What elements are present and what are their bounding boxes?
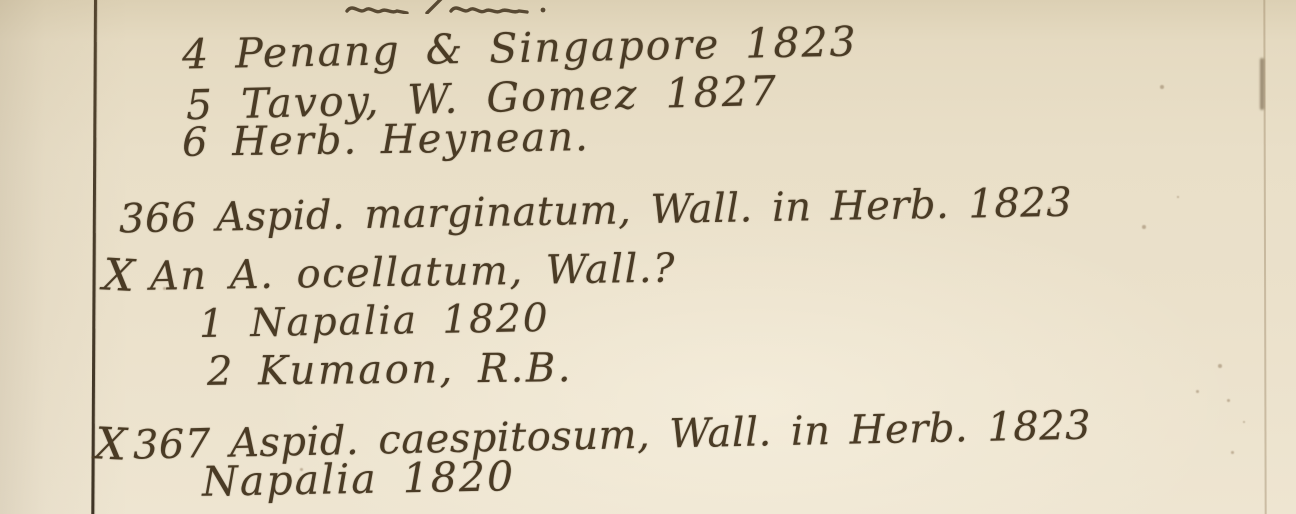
line-text: 1 Napalia 1820 — [199, 296, 550, 347]
catalogue-entry-366: 366 Aspid. marginatum, Wall. in Herb. 18… — [119, 180, 1073, 243]
fox-spot — [1160, 85, 1164, 89]
catalogue-entry-366-locality-2: 2 Kumaon, R.B. — [207, 345, 573, 395]
fox-spot — [1218, 364, 1222, 368]
manuscript-page: 4 Penang & Singapore 1823 5 Tavoy, W. Go… — [0, 0, 1296, 514]
line-text: Napalia 1820 — [202, 452, 516, 505]
fox-spot — [1177, 196, 1179, 198]
line-text: 6 Herb. Heynean. — [182, 114, 590, 166]
illegible-stroke-bottoms — [345, 0, 570, 14]
fox-spot — [1231, 451, 1234, 454]
x-mark: X — [94, 418, 128, 470]
catalogue-line-locality-6: 6 Herb. Heynean. — [182, 114, 590, 166]
fox-spot — [1142, 225, 1146, 229]
line-text: 366 Aspid. marginatum, Wall. in Herb. 18… — [119, 180, 1073, 243]
catalogue-entry-366-locality-1: 1 Napalia 1820 — [199, 296, 550, 347]
fox-spot — [1243, 421, 1245, 423]
x-mark: X — [102, 249, 138, 302]
catalogue-entry-366-query: XAn A. ocellatum, Wall.? — [103, 242, 677, 302]
fox-spot — [1227, 399, 1230, 402]
line-text: An A. ocellatum, Wall.? — [150, 246, 677, 300]
fox-spot — [1196, 390, 1199, 393]
catalogue-entry-367-locality: Napalia 1820 — [202, 452, 516, 505]
line-text: 2 Kumaon, R.B. — [207, 345, 573, 395]
illegible-text-fragment — [345, 0, 570, 14]
paper-crease-mark — [1260, 58, 1264, 110]
